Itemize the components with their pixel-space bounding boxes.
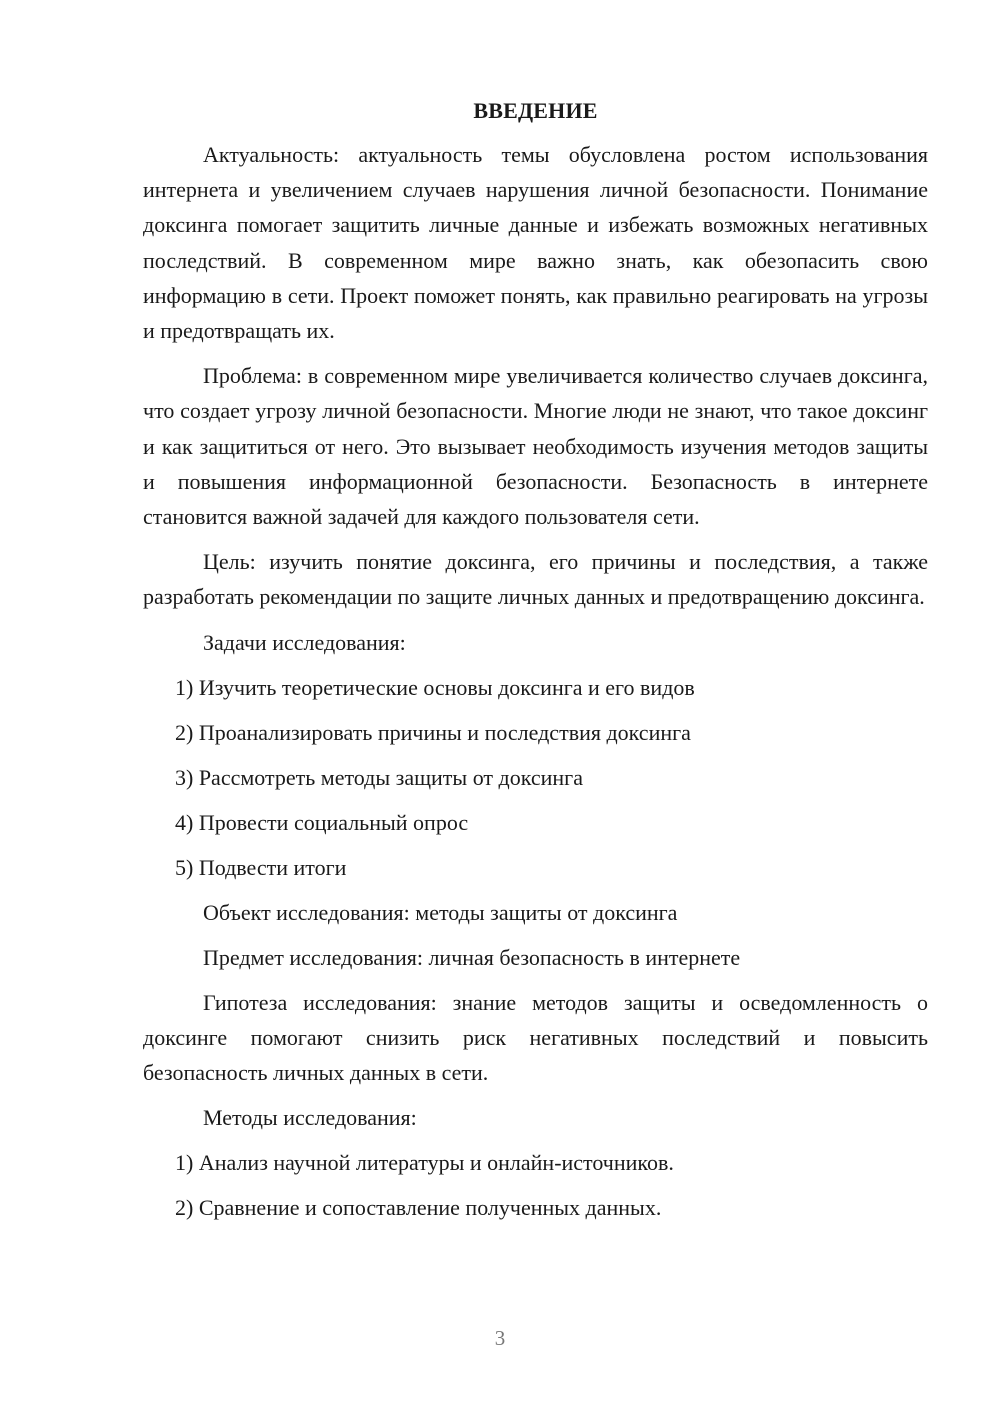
subject-paragraph: Предмет исследования: личная безопасност… <box>143 940 928 975</box>
relevance-paragraph: Актуальность: актуальность темы обусловл… <box>143 137 928 348</box>
list-item: 5) Подвести итоги <box>143 850 928 885</box>
hypothesis-paragraph: Гипотеза исследования: знание методов за… <box>143 985 928 1091</box>
tasks-heading: Задачи исследования: <box>143 625 928 660</box>
methods-list: 1) Анализ научной литературы и онлайн-ис… <box>143 1145 928 1225</box>
list-item: 2) Сравнение и сопоставление полученных … <box>143 1190 928 1225</box>
list-item: 1) Изучить теоретические основы доксинга… <box>143 670 928 705</box>
page-number: 3 <box>0 1326 1000 1351</box>
list-item: 4) Провести социальный опрос <box>143 805 928 840</box>
list-item: 1) Анализ научной литературы и онлайн-ис… <box>143 1145 928 1180</box>
object-paragraph: Объект исследования: методы защиты от до… <box>143 895 928 930</box>
problem-paragraph: Проблема: в современном мире увеличивает… <box>143 358 928 534</box>
document-page: ВВЕДЕНИЕ Актуальность: актуальность темы… <box>143 94 928 1235</box>
methods-heading: Методы исследования: <box>143 1100 928 1135</box>
section-title: ВВЕДЕНИЕ <box>143 94 928 128</box>
list-item: 2) Проанализировать причины и последстви… <box>143 715 928 750</box>
tasks-list: 1) Изучить теоретические основы доксинга… <box>143 670 928 885</box>
list-item: 3) Рассмотреть методы защиты от доксинга <box>143 760 928 795</box>
goal-paragraph: Цель: изучить понятие доксинга, его прич… <box>143 544 928 614</box>
